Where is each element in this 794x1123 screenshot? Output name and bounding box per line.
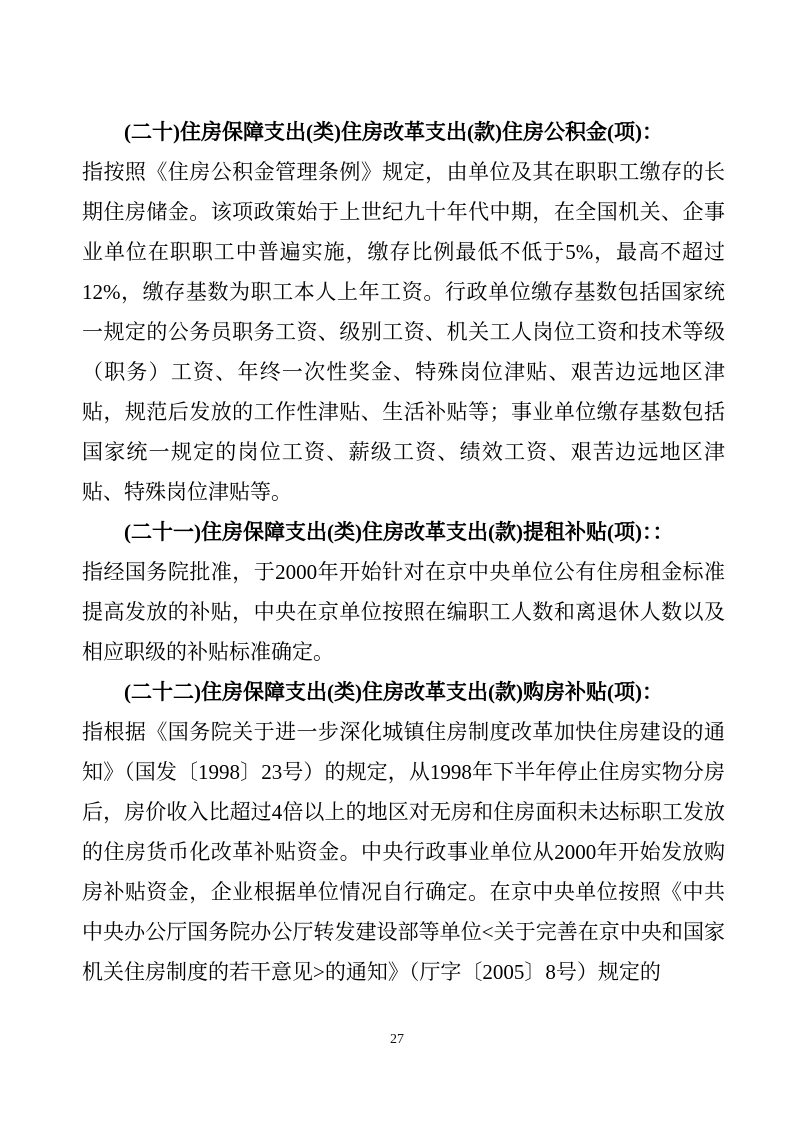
section-21: (二十一)住房保障支出(类)住房改革支出(款)提租补贴(项)：： 指经国务院批准… — [82, 512, 725, 672]
section-21-heading: (二十一)住房保障支出(类)住房改革支出(款)提租补贴(项)：： — [82, 512, 725, 552]
section-22-heading: (二十二)住房保障支出(类)住房改革支出(款)购房补贴(项)： — [82, 672, 725, 712]
section-22-body: 指根据《国务院关于进一步深化城镇住房制度改革加快住房建设的通知》（国发〔1998… — [82, 712, 725, 992]
page-number: 27 — [390, 1032, 404, 1047]
page-footer: 27 — [0, 1030, 794, 1050]
section-20-heading: (二十)住房保障支出(类)住房改革支出(款)住房公积金(项)： — [82, 112, 725, 152]
section-22: (二十二)住房保障支出(类)住房改革支出(款)购房补贴(项)： 指根据《国务院关… — [82, 672, 725, 992]
section-20-body: 指按照《住房公积金管理条例》规定，由单位及其在职职工缴存的长期住房储金。该项政策… — [82, 152, 725, 512]
section-21-body: 指经国务院批准，于2000年开始针对在京中央单位公有住房租金标准提高发放的补贴，… — [82, 552, 725, 672]
document-page: (二十)住房保障支出(类)住房改革支出(款)住房公积金(项)： 指按照《住房公积… — [0, 0, 794, 1123]
document-content: (二十)住房保障支出(类)住房改革支出(款)住房公积金(项)： 指按照《住房公积… — [82, 112, 725, 992]
section-20: (二十)住房保障支出(类)住房改革支出(款)住房公积金(项)： 指按照《住房公积… — [82, 112, 725, 512]
